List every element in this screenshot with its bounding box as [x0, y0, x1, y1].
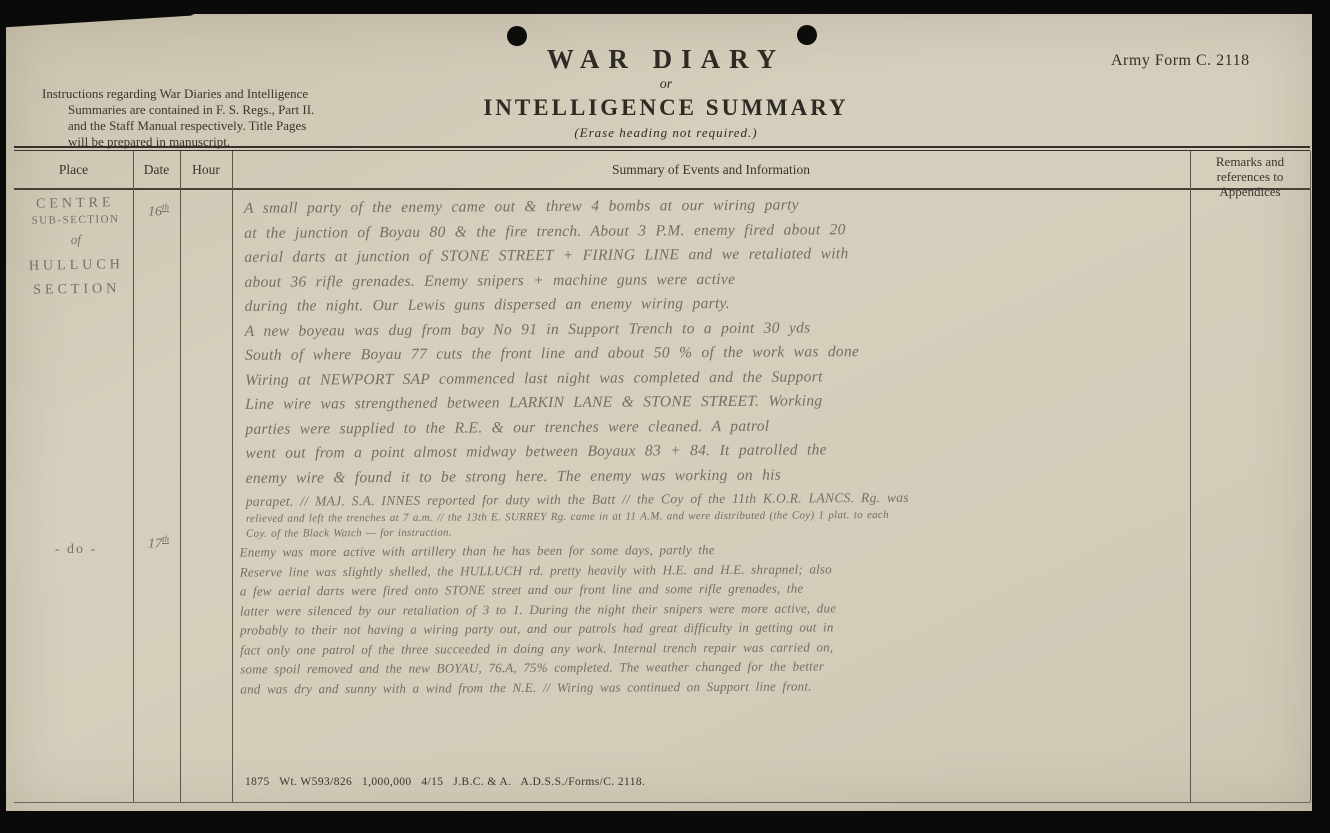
war-diary-form-page: Instructions regarding War Diaries and I… — [6, 14, 1312, 811]
place-line: SUB-SECTION — [19, 213, 131, 227]
instructions-line: Summaries are contained in F. S. Regs., … — [42, 102, 417, 118]
column-header-place: Place — [14, 151, 133, 188]
entry-place: CENTRE SUB-SECTION of HULLUCH SECTION — [19, 195, 133, 299]
entry-date: 17th — [137, 534, 180, 553]
column-divider — [180, 151, 181, 802]
place-line: HULLUCH — [20, 257, 132, 275]
column-header-hour: Hour — [180, 151, 232, 188]
page-subtitle: INTELLIGENCE SUMMARY — [406, 95, 926, 121]
place-line: SECTION — [21, 281, 133, 299]
form-title-block: WAR DIARY or INTELLIGENCE SUMMARY (Erase… — [406, 44, 926, 141]
date-suffix: th — [162, 534, 169, 544]
column-header-summary: Summary of Events and Information — [232, 151, 1190, 188]
entry-date: 16th — [137, 202, 180, 221]
instructions-line: and the Staff Manual respectively. Title… — [42, 118, 417, 134]
column-divider — [1310, 151, 1311, 802]
punch-hole-icon — [797, 25, 817, 45]
column-divider — [133, 151, 134, 802]
column-header-date: Date — [133, 151, 180, 188]
printer-imprint: 1875 Wt. W593/826 1,000,000 4/15 J.B.C. … — [245, 776, 645, 788]
date-value: 17 — [148, 537, 162, 552]
divider — [14, 802, 1310, 803]
divider — [14, 146, 1310, 148]
entry-summary: Enemy was more active with artillery tha… — [240, 537, 1206, 698]
entry-place: - do - — [20, 542, 132, 558]
column-header-remarks: Remarks and references to Appendices — [1190, 154, 1310, 199]
page-title: WAR DIARY — [406, 44, 926, 75]
title-note: (Erase heading not required.) — [406, 125, 926, 141]
army-form-number: Army Form C. 2118 — [1111, 52, 1250, 70]
form-instructions: Instructions regarding War Diaries and I… — [42, 86, 417, 150]
date-value: 16 — [148, 205, 162, 220]
column-divider — [232, 151, 233, 802]
instructions-line: Instructions regarding War Diaries and I… — [42, 86, 417, 102]
entry-summary: A small party of the enemy came out & th… — [244, 191, 1196, 541]
place-line: of — [20, 231, 132, 249]
date-suffix: th — [162, 202, 169, 212]
title-or: or — [406, 77, 926, 93]
place-line: CENTRE — [19, 195, 131, 213]
divider — [14, 188, 1310, 190]
punch-hole-icon — [507, 26, 527, 46]
